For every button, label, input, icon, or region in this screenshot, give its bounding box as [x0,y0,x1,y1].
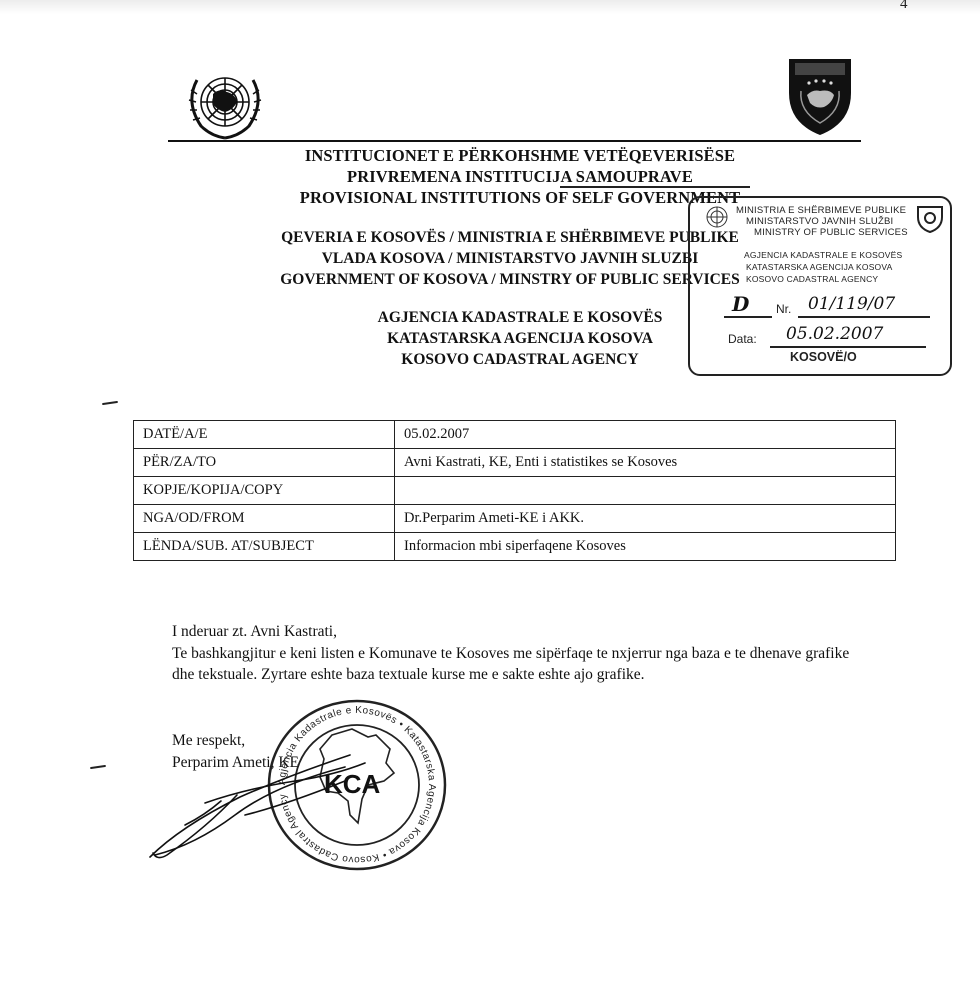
body-paragraph: Te bashkangjitur e keni listen e Komunav… [172,643,862,686]
salutation: I nderuar zt. Avni Kastrati, [172,621,862,643]
memo-header-table: DATË/A/E 05.02.2007 PËR/ZA/TO Avni Kastr… [133,420,896,561]
from-label-cell: NGA/OD/FROM [134,505,395,533]
nr-value: 01/119/07 [808,294,895,314]
underline-mark [560,186,750,188]
date-line [770,346,926,348]
margin-mark [90,765,106,769]
handwritten-prefix: D [732,292,749,316]
table-row: LËNDA/SUB. AT/SUBJECT Informacion mbi si… [134,533,896,561]
registry-stamp: MINISTRIA E SHËRBIMEVE PUBLIKE MINISTARS… [688,196,952,376]
margin-mark [102,401,118,405]
subject-label-cell: LËNDA/SUB. AT/SUBJECT [134,533,395,561]
from-value-cell: Dr.Perparim Ameti-KE i AKK. [395,505,896,533]
to-label-cell: PËR/ZA/TO [134,449,395,477]
un-emblem-icon [183,68,267,144]
subject-value-cell: Informacion mbi siperfaqene Kosoves [395,533,896,561]
table-row: DATË/A/E 05.02.2007 [134,421,896,449]
kosovo-police-shield-icon [785,55,855,137]
nr-label: Nr. [776,302,791,316]
header-rule [168,140,861,142]
copy-value-cell [395,477,896,505]
table-row: NGA/OD/FROM Dr.Perparim Ameti-KE i AKK. [134,505,896,533]
agency-heading: AGJENCIA KADASTRALE E KOSOVËS KATASTARSK… [310,307,730,370]
date-value: 05.02.2007 [786,324,883,344]
table-row: KOPJE/KOPIJA/COPY [134,477,896,505]
police-shield-icon [916,204,944,234]
letter-body: I nderuar zt. Avni Kastrati, Te bashkang… [172,621,862,686]
table-row: PËR/ZA/TO Avni Kastrati, KE, Enti i stat… [134,449,896,477]
date-label: Data: [728,332,757,346]
copy-label-cell: KOPJE/KOPIJA/COPY [134,477,395,505]
date-label-cell: DATË/A/E [134,421,395,449]
prefix-line [724,316,772,318]
to-value-cell: Avni Kastrati, KE, Enti i statistikes se… [395,449,896,477]
handwritten-signature [145,745,385,865]
page-number: 4 [900,0,908,13]
page-top-edge [0,0,980,14]
stamp-place: KOSOVË/O [790,350,857,364]
un-emblem-icon [700,204,734,230]
nr-line [798,316,930,318]
date-value-cell: 05.02.2007 [395,421,896,449]
